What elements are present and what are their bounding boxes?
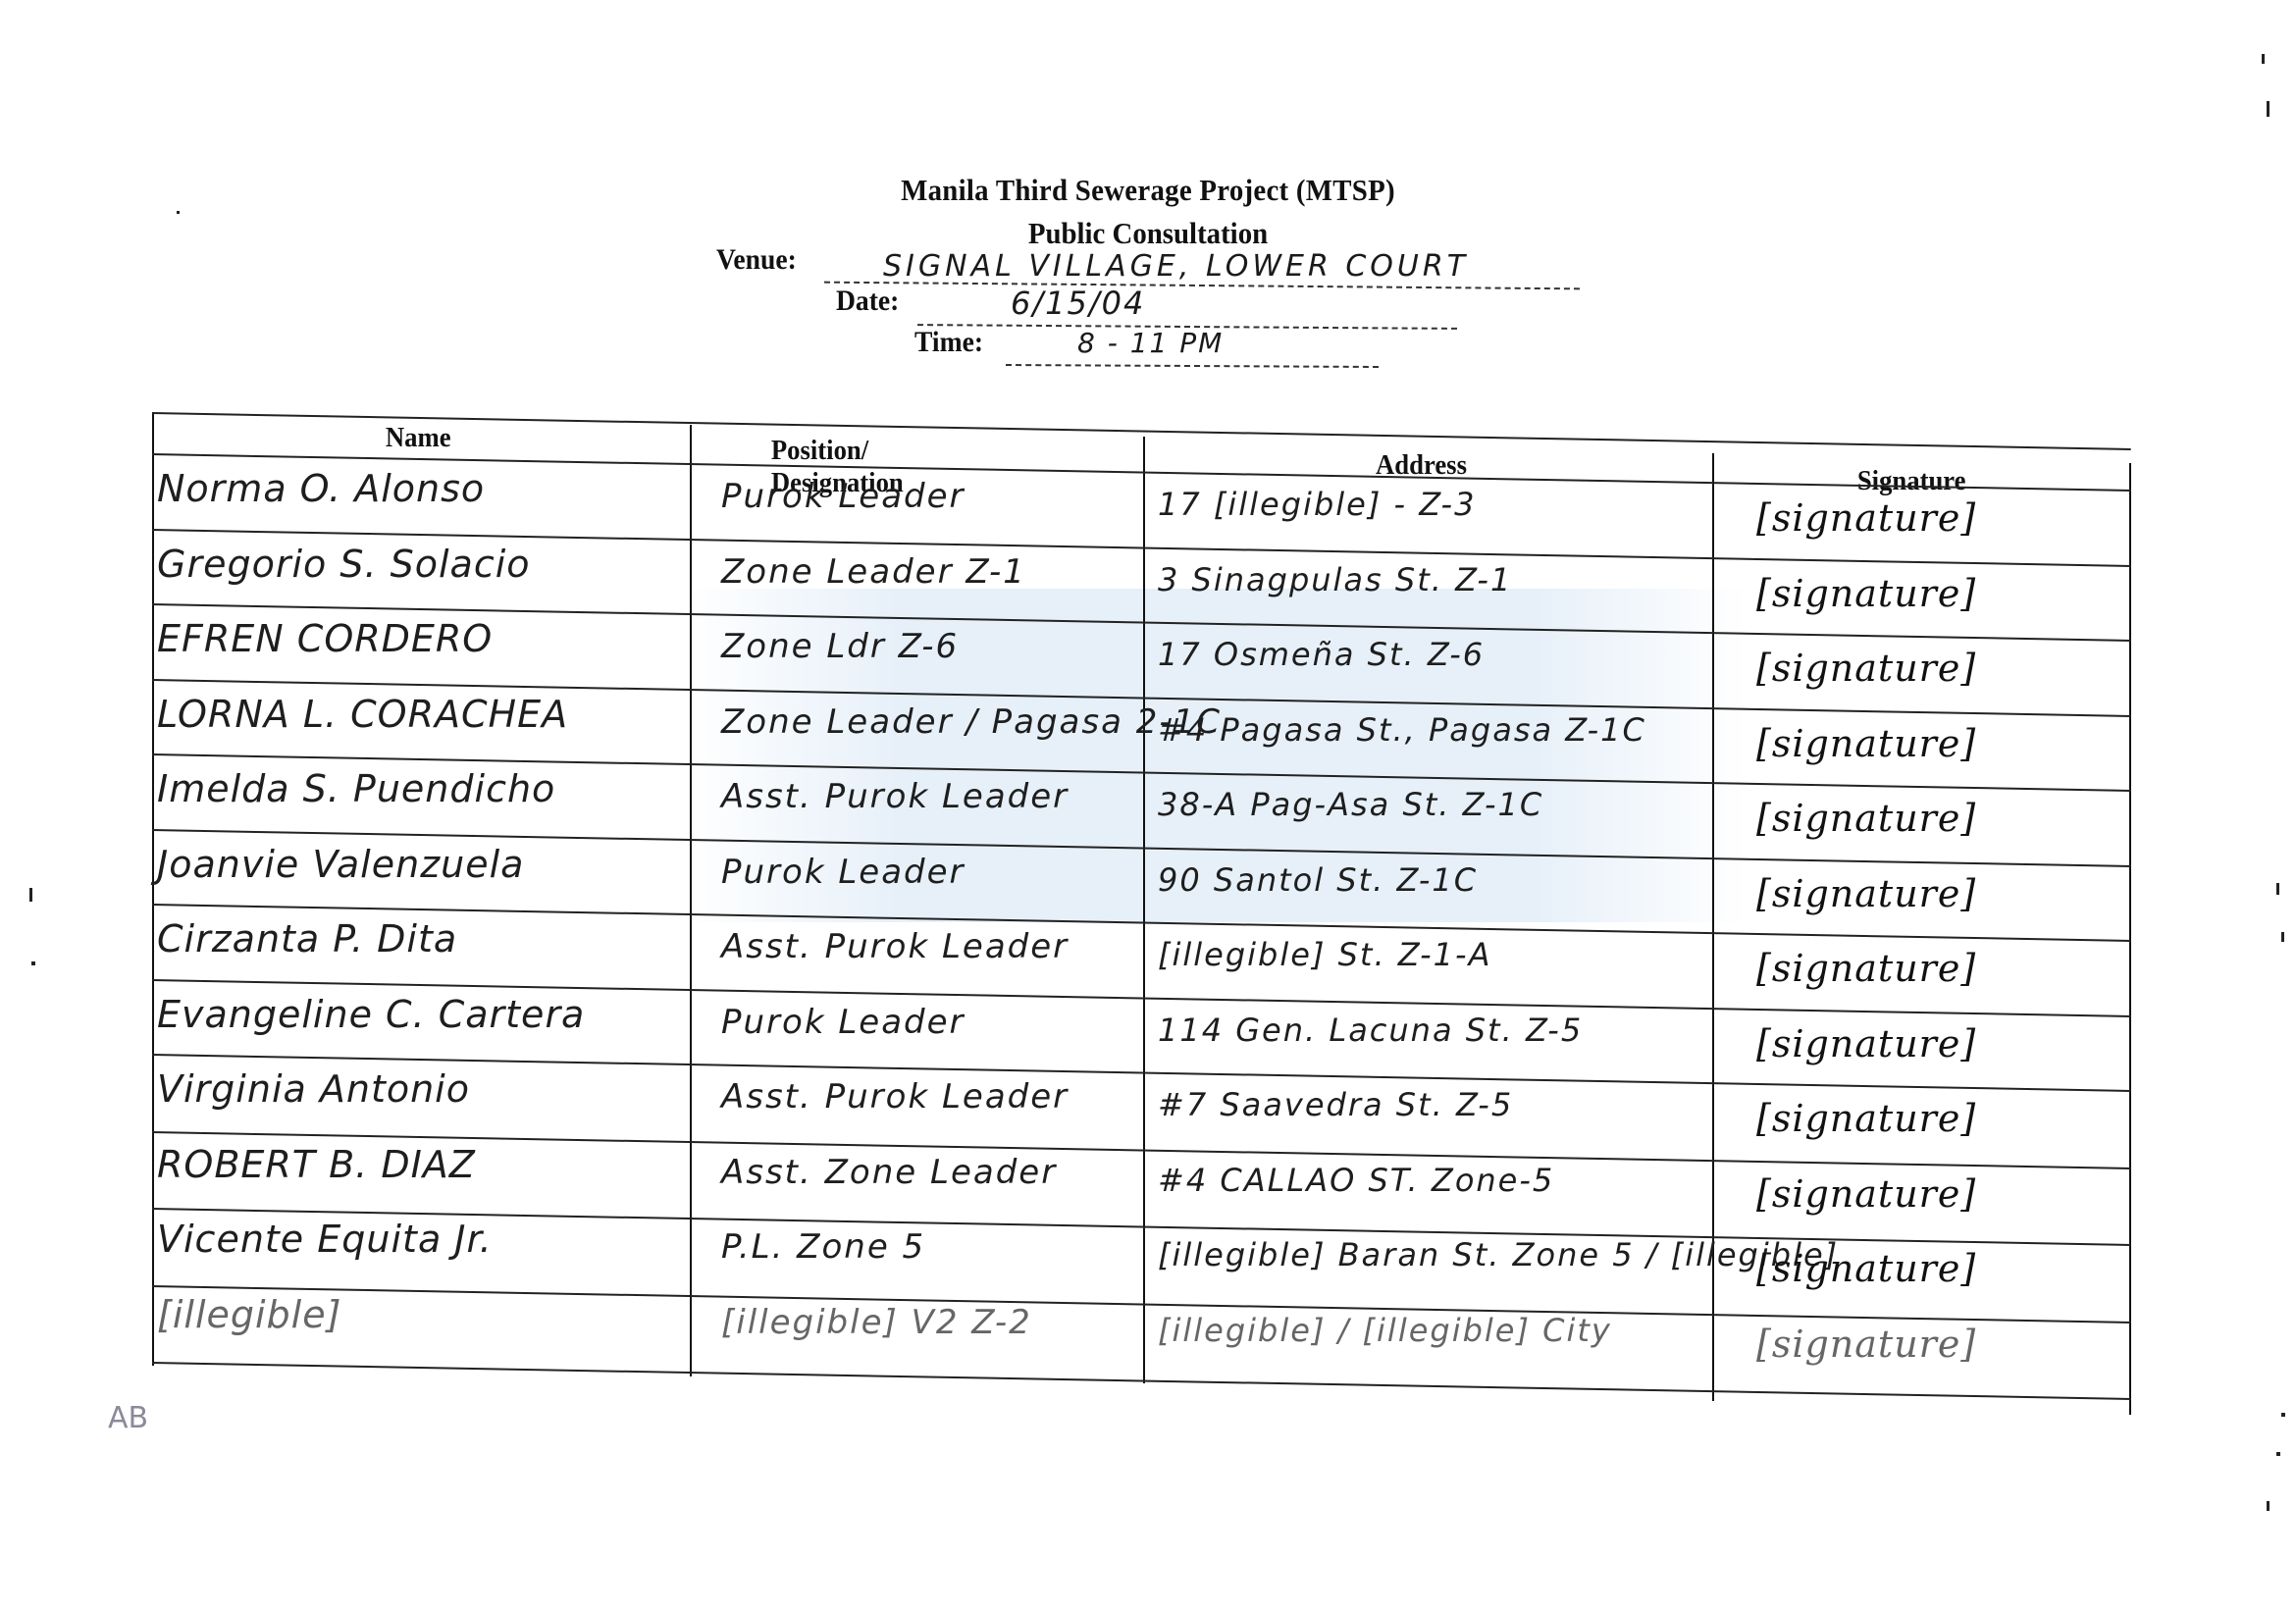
margin-mark xyxy=(29,888,32,902)
cell-signature: [signature] xyxy=(1756,1172,1976,1216)
cell-position: Asst. Purok Leader xyxy=(721,1077,1069,1116)
cell-name: Cirzanta P. Dita xyxy=(157,917,457,960)
cell-signature: [signature] xyxy=(1756,1097,1976,1140)
cell-address: 38-A Pag-Asa St. Z-1C xyxy=(1158,786,1543,823)
cell-position: Asst. Purok Leader xyxy=(721,777,1069,816)
margin-mark xyxy=(2281,932,2284,942)
document-title: Manila Third Sewerage Project (MTSP) xyxy=(80,173,2216,208)
cell-name: Virginia Antonio xyxy=(157,1067,470,1111)
margin-mark xyxy=(2262,54,2265,64)
cell-address: #4 Pagasa St., Pagasa Z-1C xyxy=(1158,711,1646,749)
venue-label: Venue: xyxy=(716,243,797,277)
cell-address: 17 [illegible] - Z-3 xyxy=(1158,486,1476,523)
cell-position: Purok Leader xyxy=(721,1003,965,1042)
cell-name: EFREN CORDERO xyxy=(157,617,493,660)
cell-position: Purok Leader xyxy=(721,477,965,516)
margin-mark xyxy=(2267,1501,2270,1511)
column-header-name: Name xyxy=(386,422,451,454)
scanned-attendance-sheet: Manila Third Sewerage Project (MTSP) Pub… xyxy=(0,0,2296,1609)
cell-position: Asst. Zone Leader xyxy=(721,1153,1057,1192)
cell-name: [illegible] xyxy=(157,1293,341,1336)
time-label: Time: xyxy=(914,326,983,359)
cell-address: #7 Saavedra St. Z-5 xyxy=(1158,1086,1513,1123)
margin-mark xyxy=(177,211,180,214)
date-label: Date: xyxy=(836,285,899,318)
cell-name: Norma O. Alonso xyxy=(157,467,485,510)
margin-mark xyxy=(2276,1452,2280,1456)
margin-mark xyxy=(2267,101,2270,117)
margin-mark xyxy=(31,961,35,965)
cell-signature: [signature] xyxy=(1756,572,1976,615)
cell-position: Zone Leader Z-1 xyxy=(721,552,1026,592)
column-divider xyxy=(690,425,692,1376)
cell-address: #4 CALLAO ST. Zone-5 xyxy=(1158,1162,1554,1199)
cell-address: 90 Santol St. Z-1C xyxy=(1158,861,1478,899)
cell-name: Joanvie Valenzuela xyxy=(157,843,524,886)
date-value: 6/15/04 xyxy=(1011,285,1145,322)
cell-signature: [signature] xyxy=(1756,872,1976,915)
cell-position: Zone Ldr Z-6 xyxy=(721,627,959,666)
document-subtitle: Public Consultation xyxy=(80,216,2216,251)
cell-address: [illegible] Baran St. Zone 5 / [illegibl… xyxy=(1158,1236,1839,1273)
cell-signature: [signature] xyxy=(1756,1323,1976,1366)
cell-position: Zone Leader / Pagasa 2-1C xyxy=(721,702,1222,742)
time-value: 8 - 11 PM xyxy=(1077,327,1224,359)
cell-address: [illegible] St. Z-1-A xyxy=(1158,936,1491,973)
time-line xyxy=(1006,364,1379,368)
cell-signature: [signature] xyxy=(1756,797,1976,840)
cell-signature: [signature] xyxy=(1756,1022,1976,1065)
cell-name: Vicente Equita Jr. xyxy=(157,1218,493,1261)
cell-position: Purok Leader xyxy=(721,853,965,892)
cell-name: Imelda S. Puendicho xyxy=(157,767,555,810)
cell-address: 114 Gen. Lacuna St. Z-5 xyxy=(1158,1012,1583,1049)
margin-mark xyxy=(2276,883,2279,895)
cell-signature: [signature] xyxy=(1756,496,1976,540)
cell-name: LORNA L. CORACHEA xyxy=(157,693,568,736)
cell-signature: [signature] xyxy=(1756,722,1976,765)
table-left-border xyxy=(152,412,154,1366)
cell-name: Evangeline C. Cartera xyxy=(157,993,585,1036)
cell-address: 3 Sinagpulas St. Z-1 xyxy=(1158,561,1512,598)
cell-address: 17 Osmeña St. Z-6 xyxy=(1158,636,1485,673)
cell-signature: [signature] xyxy=(1756,647,1976,690)
cell-address: [illegible] / [illegible] City xyxy=(1158,1312,1612,1349)
cell-position: Asst. Purok Leader xyxy=(721,927,1069,966)
cell-signature: [signature] xyxy=(1756,1247,1976,1290)
cell-position: P.L. Zone 5 xyxy=(721,1227,925,1267)
cell-name: ROBERT B. DIAZ xyxy=(157,1143,476,1186)
venue-value: SIGNAL VILLAGE, LOWER COURT xyxy=(883,249,1469,284)
page-annotation: AB xyxy=(108,1401,148,1435)
margin-mark xyxy=(2281,1413,2285,1417)
cell-signature: [signature] xyxy=(1756,947,1976,990)
column-divider xyxy=(1143,437,1145,1383)
table-bottom-border xyxy=(152,1362,2131,1400)
cell-position: [illegible] V2 Z-2 xyxy=(721,1303,1032,1342)
row-divider xyxy=(152,1285,2131,1324)
cell-name: Gregorio S. Solacio xyxy=(157,543,531,586)
column-header-signature: Signature xyxy=(1857,465,1966,497)
